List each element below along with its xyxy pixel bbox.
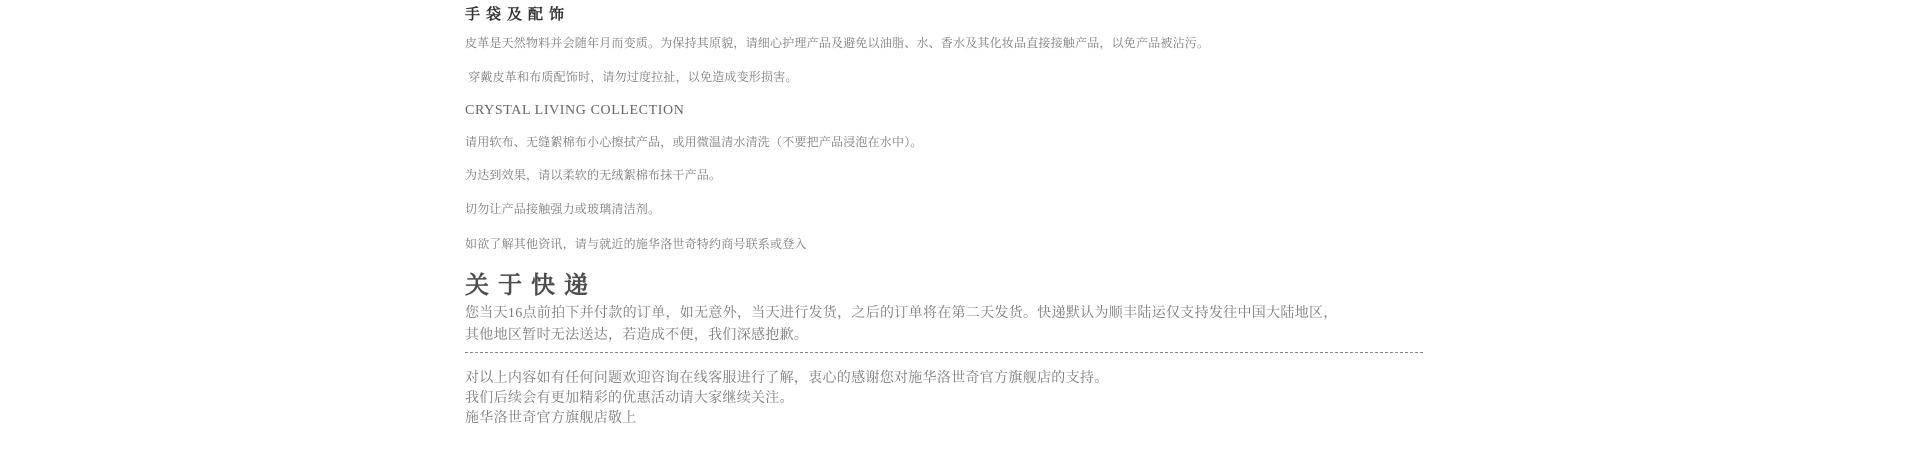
footer-note: 对以上内容如有任何问题欢迎咨询在线客服进行了解，衷心的感谢您对施华洛世奇官方旗舰… — [465, 367, 1109, 387]
care-paragraph: 为达到效果，请以柔软的无绒絮棉布抹干产品。 — [465, 166, 721, 183]
signature-line: 施华洛世奇官方旗舰店敬上 — [465, 407, 637, 427]
care-paragraph: 切勿让产品接触强力或玻璃清洁剂。 — [465, 200, 660, 217]
product-description-page: 手袋及配饰 皮革是天然物料并会随年月而变质。为保持其原貌，请细心护理产品及避免以… — [0, 0, 1920, 468]
care-paragraph: 皮革是天然物料并会随年月而变质。为保持其原貌，请细心护理产品及避免以油脂、水、香… — [465, 34, 1209, 51]
dashed-divider — [465, 352, 1423, 353]
delivery-line: 您当天16点前拍下并付款的订单，如无意外，当天进行发货，之后的订单将在第二天发货… — [465, 302, 1338, 322]
delivery-section-title: 关于快递 — [465, 265, 597, 300]
delivery-line: 其他地区暂时无法送达，若造成不便，我们深感抱歉。 — [465, 324, 808, 344]
footer-note: 我们后续会有更加精彩的优惠活动请大家继续关注。 — [465, 387, 794, 407]
care-section-title: 手袋及配饰 — [465, 3, 570, 24]
care-paragraph: 如欲了解其他资讯，请与就近的施华洛世奇特约商号联系或登入 — [465, 235, 807, 252]
care-paragraph: 穿戴皮革和布质配饰时，请勿过度拉扯，以免造成变形损害。 — [465, 68, 798, 85]
collection-title: CRYSTAL LIVING COLLECTION — [465, 103, 684, 119]
care-paragraph: 请用软布、无缝絮棉布小心擦拭产品，或用微温清水清洗（不要把产品浸泡在水中）。 — [465, 133, 923, 150]
